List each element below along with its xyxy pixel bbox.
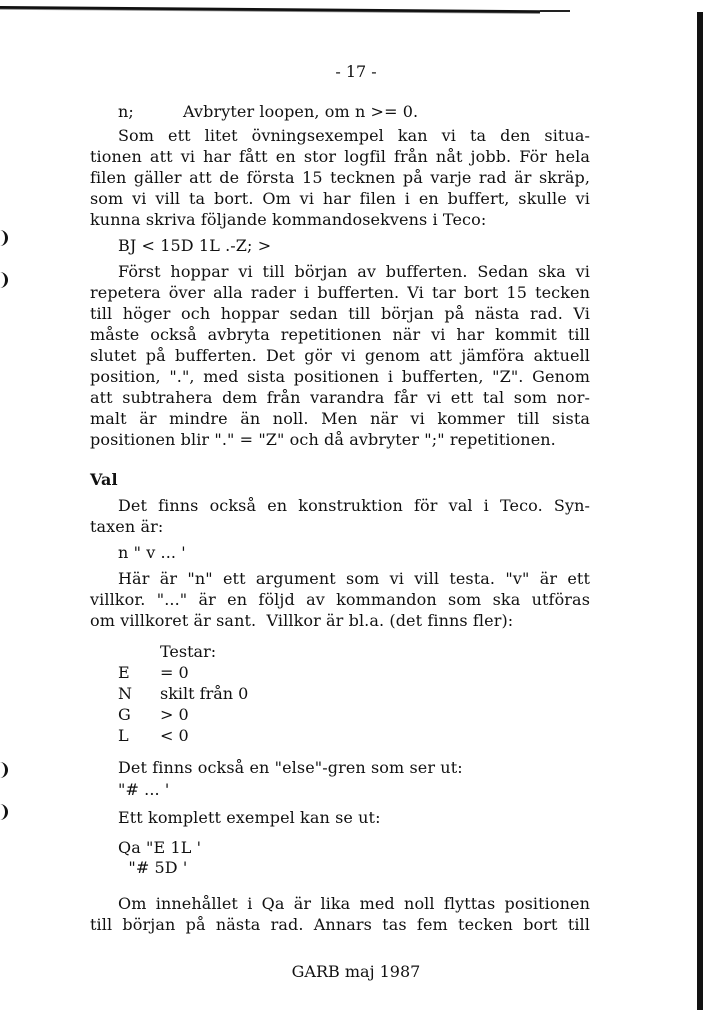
condition-key: G [118, 705, 131, 725]
paragraph-line: Om innehållet i Qa är lika med noll flyt… [118, 894, 590, 914]
paragraph-line: till höger och hoppar sedan till början … [90, 304, 590, 324]
binder-hole-mark [0, 762, 8, 778]
paragraph-line: Det finns också en konstruktion för val … [118, 496, 590, 516]
page-footer: GARB maj 1987 [0, 962, 712, 981]
condition-key: L [118, 726, 129, 746]
code-sample: BJ < 15D 1L .-Z; > [118, 236, 271, 256]
paragraph-line: som vi vill ta bort. Om vi har filen i e… [90, 189, 590, 209]
condition-test: = 0 [160, 663, 189, 683]
paragraph-line: slutet på bufferten. Det gör vi genom at… [90, 346, 590, 366]
paragraph-line: Först hoppar vi till början av bufferten… [118, 262, 590, 282]
paragraph-line: Här är "n" ett argument som vi vill test… [118, 569, 590, 589]
paragraph-line: måste också avbryta repetitionen när vi … [90, 325, 590, 345]
paragraph-line: taxen är: [90, 517, 590, 537]
paragraph-line: tionen att vi har fått en stor logfil fr… [90, 147, 590, 167]
conditions-header: Testar: [160, 642, 216, 662]
paragraph-line: till början på nästa rad. Annars tas fem… [90, 915, 590, 935]
scan-top-edge [0, 6, 540, 14]
condition-key: E [118, 663, 130, 683]
paragraph-line: positionen blir "." = "Z" och då avbryte… [90, 430, 590, 450]
condition-test: < 0 [160, 726, 189, 746]
example-code-line: Qa "E 1L ' [118, 838, 201, 858]
command-description: Avbryter loopen, om n >= 0. [183, 102, 418, 122]
paragraph-line: repetera över alla rader i bufferten. Vi… [90, 283, 590, 303]
paragraph-line: att subtrahera dem från varandra får vi … [90, 388, 590, 408]
condition-key: N [118, 684, 132, 704]
else-syntax: "# ... ' [118, 780, 169, 800]
else-text: Det finns också en "else"-gren som ser u… [118, 758, 463, 778]
paragraph-line: kunna skriva följande kommandosekvens i … [90, 210, 590, 230]
binder-hole-mark [0, 804, 8, 820]
condition-test: skilt från 0 [160, 684, 248, 704]
paragraph-line: filen gäller att de första 15 tecknen på… [90, 168, 590, 188]
scan-top-edge-fragment [540, 10, 570, 12]
scan-right-edge [697, 12, 703, 1010]
command-token: n; [118, 102, 134, 122]
example-code-line: "# 5D ' [118, 858, 187, 878]
paragraph-line: Som ett litet övningsexempel kan vi ta d… [118, 126, 590, 146]
section-heading: Val [90, 470, 118, 490]
binder-hole-mark [0, 230, 8, 246]
paragraph-line: om villkoret är sant. Villkor är bl.a. (… [90, 611, 590, 631]
condition-test: > 0 [160, 705, 189, 725]
syntax-sample: n " v ... ' [118, 543, 186, 563]
page-number: - 17 - [0, 62, 712, 81]
example-intro: Ett komplett exempel kan se ut: [118, 808, 381, 828]
paragraph-line: villkor. "..." är en följd av kommandon … [90, 590, 590, 610]
paragraph-line: malt är mindre än noll. Men när vi komme… [90, 409, 590, 429]
paragraph-line: position, ".", med sista positionen i bu… [90, 367, 590, 387]
binder-hole-mark [0, 272, 8, 288]
